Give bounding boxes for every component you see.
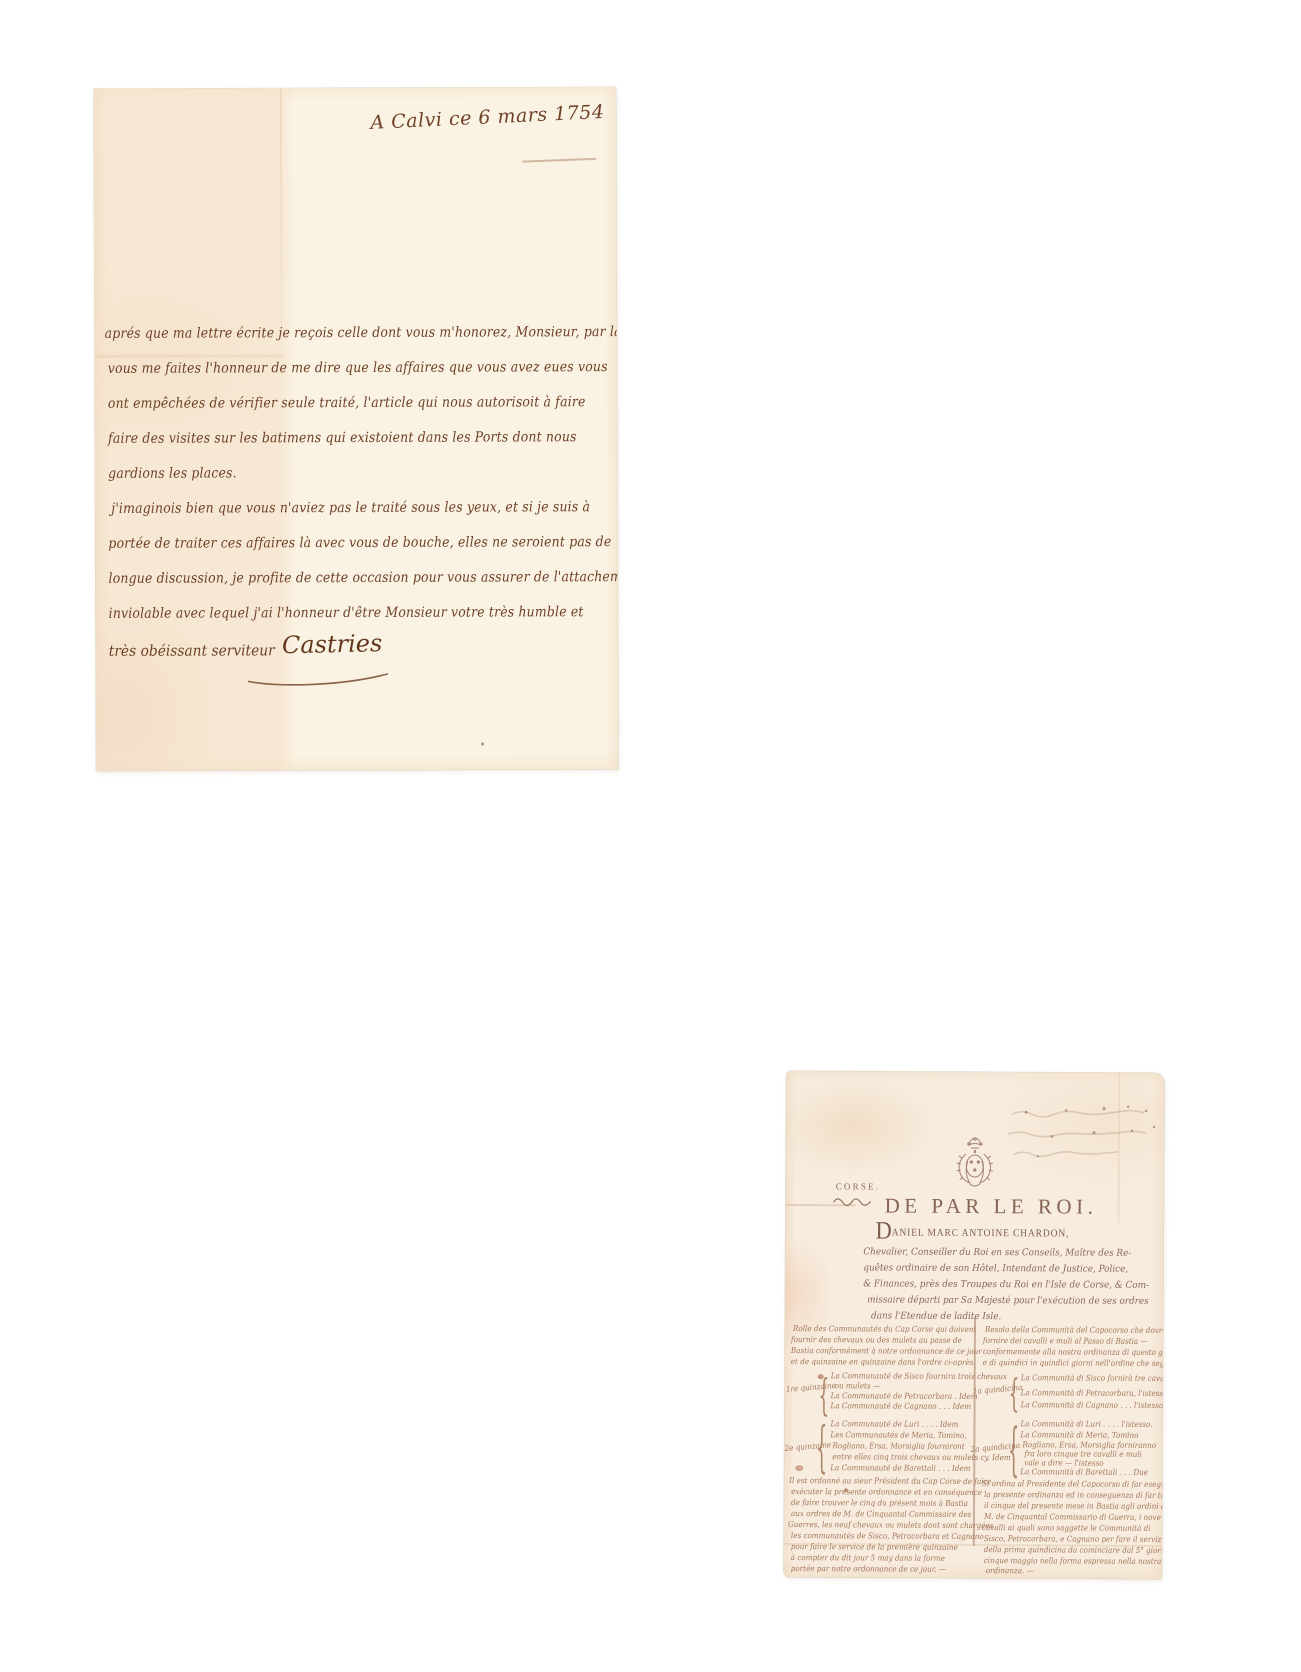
ink-bleedthrough bbox=[1008, 1096, 1160, 1183]
it-entry: La Communità di Cagnano . . . l'istesso. bbox=[1021, 1401, 1165, 1410]
intendant-name-line: DANIEL MARC ANTOINE CHARDON, bbox=[875, 1220, 1069, 1245]
letter-dateline: A Calvi ce 6 mars 1754 bbox=[370, 99, 605, 137]
paper-fold-crease bbox=[95, 354, 285, 358]
photo-background: A Calvi ce 6 mars 1754 aprés que ma lett… bbox=[0, 0, 1301, 1672]
it-entry: La Communità di Petracorbara, l'istesso. bbox=[1021, 1389, 1165, 1398]
it-order-line: M. de Cinquantal Commissario di Guerra, … bbox=[984, 1513, 1161, 1522]
fr-intro-line: Rolle des Communautés du Cap Corse qui d… bbox=[793, 1325, 976, 1334]
fr-entry: ou mulets — bbox=[835, 1382, 880, 1390]
fr-order-line: à compter du dit jour 5 may dans la form… bbox=[791, 1554, 945, 1563]
fr-order-line: Guerres, les neuf chevaux ou mulets dont… bbox=[788, 1521, 993, 1530]
paper-fold-crease bbox=[280, 88, 283, 388]
it-entry: La Communità di Sisco fornirà tre cavall… bbox=[1021, 1374, 1165, 1383]
it-entry: La Communità di Barettali . . . Due bbox=[1020, 1468, 1148, 1477]
intendant-name: ANIEL MARC ANTOINE CHARDON, bbox=[892, 1228, 1070, 1240]
drop-cap-initial: D bbox=[875, 1217, 891, 1244]
it-order-line: Sisco, Petracorbara, e Cagnano per fare … bbox=[984, 1535, 1164, 1544]
letter-line: aprés que ma lettre écrite je reçois cel… bbox=[105, 325, 619, 341]
signature: Castries bbox=[282, 631, 383, 657]
letter-line: faire des visites sur les batimens qui e… bbox=[108, 430, 577, 446]
letter-line: inviolable avec lequel j'ai l'honneur d'… bbox=[109, 605, 584, 621]
fr-order-line: portée par notre ordonnance de ce jour. … bbox=[791, 1565, 947, 1574]
it-order-line: il cinque del presente mese in Bastia ag… bbox=[984, 1502, 1164, 1511]
fr-entry: La Communauté de Barettali . . . Idem bbox=[830, 1464, 970, 1473]
ordinance-heading: DE PAR LE ROI. bbox=[885, 1194, 1098, 1220]
it-order-line: cavalli ai quali sono soggette le Commun… bbox=[982, 1524, 1151, 1533]
fr-intro-line: Bastia conformément à notre ordonnance d… bbox=[791, 1347, 982, 1356]
region-label: CORSE. bbox=[836, 1181, 881, 1191]
letter-line: longue discussion, je profite de cette o… bbox=[108, 570, 618, 586]
it-intro-line: e di quindici in quindici giorni nell'or… bbox=[983, 1359, 1165, 1368]
it-order-line: la presente ordinanza ed in conseguenza … bbox=[984, 1491, 1164, 1500]
it-intro-line: fornire dei cavalli e muli al Passo di B… bbox=[983, 1337, 1148, 1346]
ink-speck bbox=[481, 743, 484, 746]
fr-entry: entre elles cinq trois chevaux ou mulets… bbox=[832, 1453, 1010, 1462]
fr-entry: La Communauté de Petracorbara . Idem bbox=[831, 1392, 978, 1401]
letter-line: portée de traiter ces affaires là avec v… bbox=[108, 535, 611, 551]
fr-intro-line: et de quinzaine en quinzaine dans l'ordr… bbox=[791, 1358, 976, 1367]
corse-flourish-icon bbox=[833, 1196, 873, 1206]
group-brace: { bbox=[1009, 1371, 1020, 1416]
fr-order-line: de faire trouver le cinq du présent mois… bbox=[791, 1499, 968, 1508]
letter-line: j'imaginois bien que vous n'aviez pas le… bbox=[111, 500, 590, 516]
fr-order-line: aux ordres de M. de Cinquantal Commissai… bbox=[791, 1510, 971, 1519]
signature-flourish-icon bbox=[246, 671, 392, 688]
it-order-line: ordinanza. — bbox=[986, 1567, 1034, 1575]
fr-entry: La Communauté de Sisco fournira trois ch… bbox=[831, 1372, 1007, 1381]
it-order-line: Si ordina al Presidente del Capocorso di… bbox=[982, 1480, 1164, 1489]
it-entry: La Communità di Luri . . . . l'istesso. bbox=[1020, 1420, 1152, 1429]
fr-entry: Rogliano, Ersa, Morsiglia fourniront bbox=[832, 1442, 964, 1451]
letter-line: ont empêchées de vérifier seule traité, … bbox=[108, 395, 586, 411]
it-order-line: cinque maggio nella forma espressa nella… bbox=[984, 1557, 1162, 1566]
date-underline bbox=[522, 158, 596, 163]
fr-intro-line: fournir des chevaux ou des mulets au pas… bbox=[791, 1336, 962, 1345]
letter-line: vous me faites l'honneur de me dire que … bbox=[108, 360, 608, 376]
title-line: & Finances, près des Troupes du Roi en l… bbox=[863, 1279, 1149, 1290]
fr-order-line: exécuter la présente ordonnance et en co… bbox=[791, 1488, 982, 1497]
printed-ordinance-page: CORSE. DE PAR LE ROI. DANIEL MARC ANTOIN… bbox=[784, 1071, 1165, 1579]
it-entry: La Communità di Meria, Tomino bbox=[1020, 1431, 1138, 1440]
it-intro-line: conformemente alla nostra ordinanza di q… bbox=[983, 1348, 1164, 1357]
title-line: missaire départi par Sa Majesté pour l'e… bbox=[867, 1295, 1149, 1306]
letter-line: gardions les places. bbox=[108, 466, 237, 480]
foxing-spot bbox=[795, 1465, 803, 1471]
fr-order-line: Il est ordonné au sieur Président du Cap… bbox=[789, 1477, 991, 1486]
handwritten-letter-page: A Calvi ce 6 mars 1754 aprés que ma lett… bbox=[94, 87, 618, 771]
royal-coat-of-arms-icon bbox=[952, 1136, 998, 1192]
it-order-line: della prima quindicina da cominciare dal… bbox=[984, 1546, 1165, 1555]
title-line: Chevalier, Conseiller du Roi en ses Cons… bbox=[863, 1247, 1131, 1258]
letter-closing: très obéissant serviteur bbox=[109, 643, 275, 659]
title-line: quêtes ordinaire de son Hôtel, Intendant… bbox=[863, 1263, 1128, 1274]
fr-entry: La Communauté de Luri . . . . Idem bbox=[830, 1420, 958, 1429]
fr-order-line: les communautés de Sisco, Petracorbara e… bbox=[791, 1532, 984, 1541]
group-brace: { bbox=[818, 1370, 829, 1420]
fr-entry: Les Communautés de Meria, Tomino, bbox=[830, 1431, 966, 1440]
fr-entry: La Communauté de Cagnano . . . Idem bbox=[831, 1402, 972, 1411]
title-line: dans l'Etendue de ladite Isle. bbox=[871, 1311, 1001, 1321]
fr-order-line: pour faire le service de la première qui… bbox=[791, 1543, 958, 1552]
it-intro-line: Resolo della Communità del Capocorso che… bbox=[985, 1326, 1164, 1335]
